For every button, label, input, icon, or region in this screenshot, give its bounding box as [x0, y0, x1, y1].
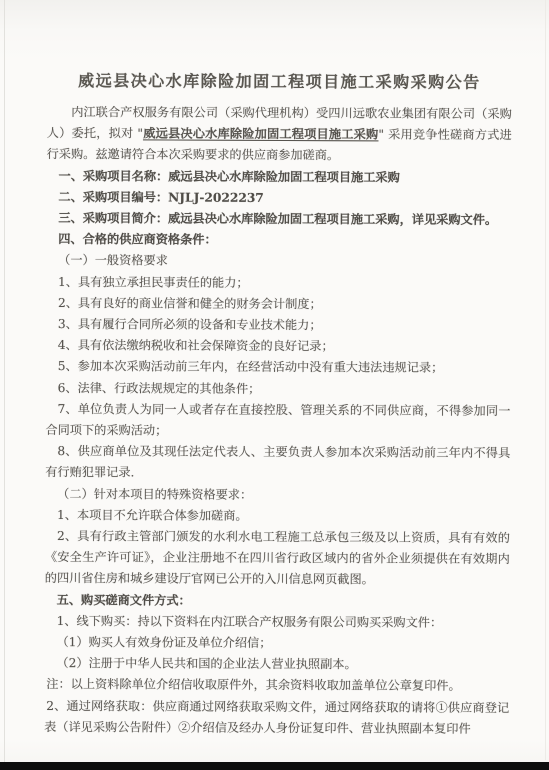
document-body: 威远县决心水库除险加固工程项目施工采购采购公告 内江联合产权服务有限公司（采购代…: [44, 69, 512, 740]
project-name-underlined: 威远县决心水库除险加固工程项目施工采购: [143, 127, 378, 142]
special-qualification-title: （二）针对本项目的特殊资格要求：: [45, 484, 510, 507]
section-project-brief: 三、采购项目简介：威远县决心水库除险加固工程项目施工采购，详见采购文件。: [46, 208, 511, 231]
offline-purchase-doc-1: （1）购买人有效身份证及单位介绍信；: [44, 632, 509, 655]
general-qualification-item-1: 1、具有独立承担民事责任的能力；: [46, 272, 511, 295]
special-qualification-item-1: 1、本项目不允许联合体参加磋商。: [45, 505, 510, 528]
section-project-name: 一、采购项目名称：威远县决心水库除险加固工程项目施工采购: [46, 166, 511, 189]
section-purchase-method: 五、购买磋商文件方式：: [45, 590, 510, 613]
general-qualification-item-3: 3、具有履行合同所必须的设备和专业技术能力；: [46, 314, 511, 337]
scan-right-edge-line: [545, 0, 546, 760]
online-purchase-item: 2、通过网络获取：供应商通过网络获取采购文件，通过网络获取的请将①供应商登记表（…: [44, 696, 509, 740]
offline-purchase-doc-2: （2）注册于中华人民共和国的企业法人营业执照副本。: [44, 653, 509, 676]
offline-purchase-item: 1、线下购买：持以下资料在内江联合产权服务有限公司购买采购文件：: [45, 611, 510, 634]
general-qualification-item-6: 6、法律、行政法规规定的其他条件；: [46, 378, 511, 401]
general-qualification-item-5: 5、参加本次采购活动前三年内，在经营活动中没有重大违法违规记录；: [46, 356, 511, 379]
general-qualification-item-4: 4、具有依法缴纳税收和社会保障资金的良好记录；: [46, 335, 511, 358]
section-project-number: 二、采购项目编号：NJLJ-2022237: [46, 187, 511, 210]
general-qualification-title: （一）一般资格要求: [46, 250, 511, 273]
scan-left-edge-line: [4, 0, 5, 770]
purchase-note: 注：以上资料除单位介绍信收取原件外，其余资料收取加盖单位公章复印件。: [44, 674, 509, 697]
special-qualification-item-2: 2、具有行政主管部门颁发的水利水电工程施工总承包三级及以上资质，具有有效的《安全…: [45, 526, 510, 592]
general-qualification-item-8: 8、供应商单位及其现任法定代表人、主要负责人参加本次采购活动前三年内不得具有行贿…: [45, 441, 510, 485]
intro-paragraph: 内江联合产权服务有限公司（采购代理机构）受四川远歌农业集团有限公司（采购人）委托…: [47, 102, 512, 168]
scan-bottom-edge-bar: [0, 762, 549, 770]
general-qualification-item-2: 2、具有良好的商业信誉和健全的财务会计制度；: [46, 293, 511, 316]
document-title: 威远县决心水库除险加固工程项目施工采购采购公告: [47, 69, 512, 95]
general-qualification-item-7: 7、单位负责人为同一人或者存在直接控股、管理关系的不同供应商，不得参加同一合同项…: [45, 399, 510, 443]
section-supplier-qualification: 四、合格的供应商资格条件：: [46, 229, 511, 252]
